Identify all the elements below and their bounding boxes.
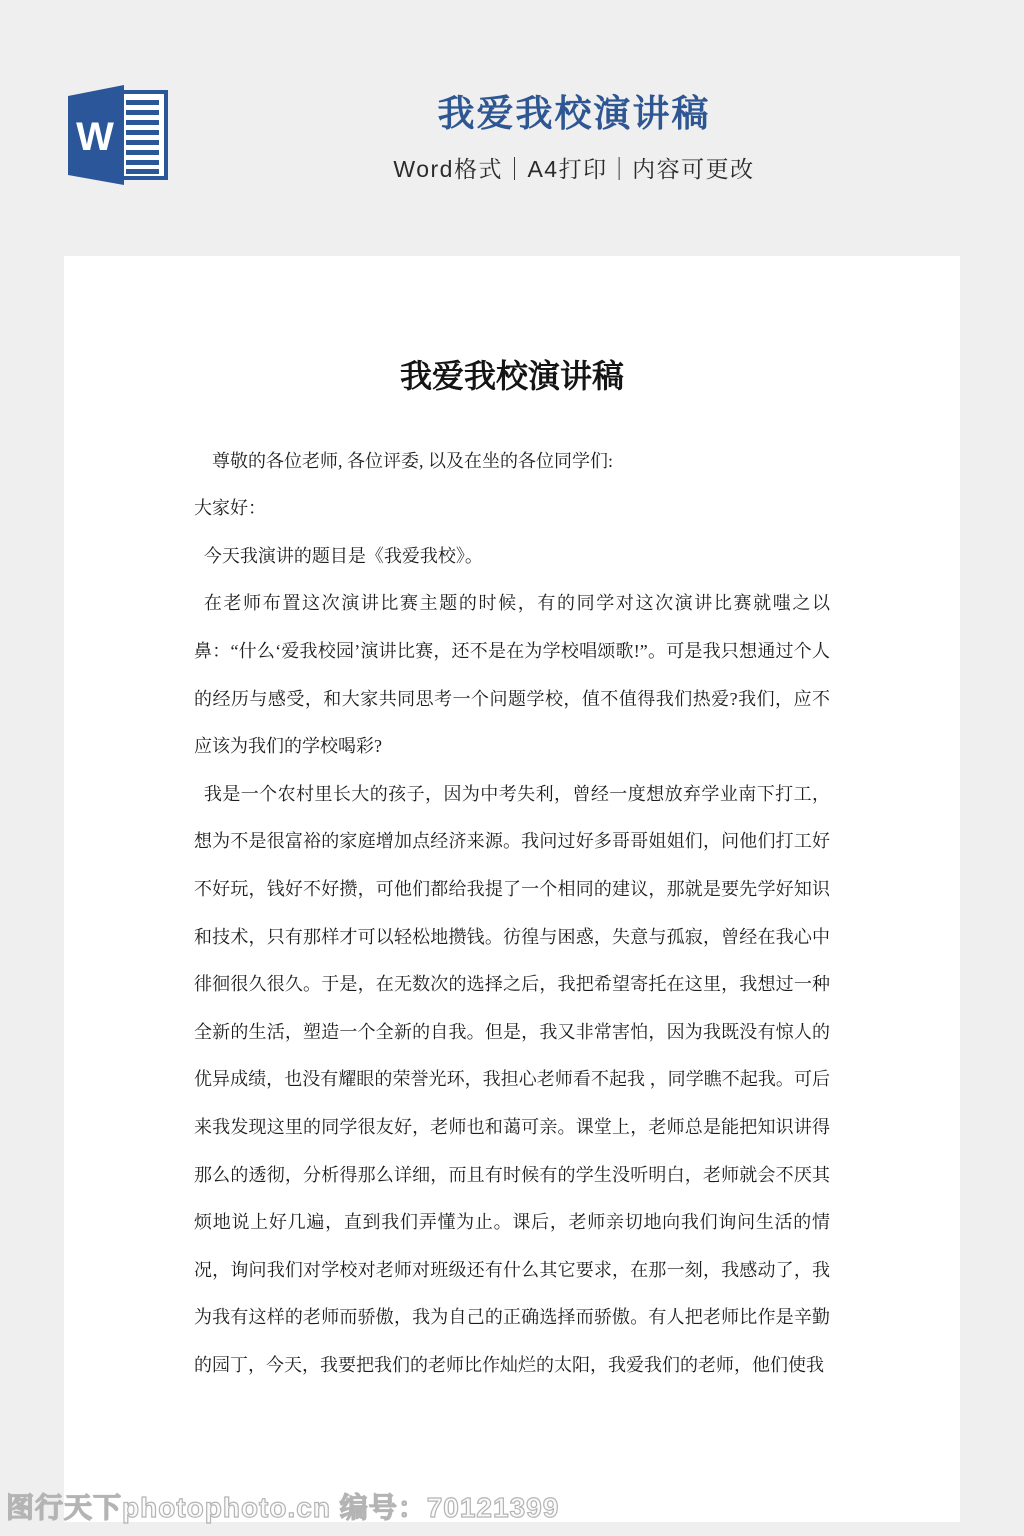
- site-watermark: 图行天下photophoto.cn 编号：70121399: [6, 1486, 559, 1526]
- document-page: 我爱我校演讲稿 尊敬的各位老师, 各位评委, 以及在坐的各位同学们: 大家好： …: [64, 256, 960, 1522]
- document-title: 我爱我校演讲稿: [194, 356, 830, 398]
- template-header: 我爱我校演讲稿 Word格式｜A4打印｜内容可更改: [130, 94, 1018, 184]
- document-body: 尊敬的各位老师, 各位评委, 以及在坐的各位同学们: 大家好： 今天我演讲的题目…: [194, 438, 830, 1390]
- template-title: 我爱我校演讲稿: [130, 94, 1018, 135]
- doc-paragraph-greeting: 尊敬的各位老师, 各位评委, 以及在坐的各位同学们:: [194, 438, 830, 486]
- template-subtitle: Word格式｜A4打印｜内容可更改: [130, 151, 1018, 184]
- doc-paragraph-intro: 在老师布置这次演讲比赛主题的时候，有的同学对这次演讲比赛就嗤之以鼻：“什么‘爱我…: [194, 580, 830, 770]
- doc-paragraph-hello: 大家好：: [194, 485, 830, 533]
- svg-text:W: W: [76, 115, 114, 159]
- doc-paragraph-topic: 今天我演讲的题目是《我爱我校》。: [194, 533, 830, 581]
- doc-paragraph-story: 我是一个农村里长大的孩子，因为中考失利，曾经一度想放弃学业南下打工，想为不是很富…: [194, 771, 830, 1390]
